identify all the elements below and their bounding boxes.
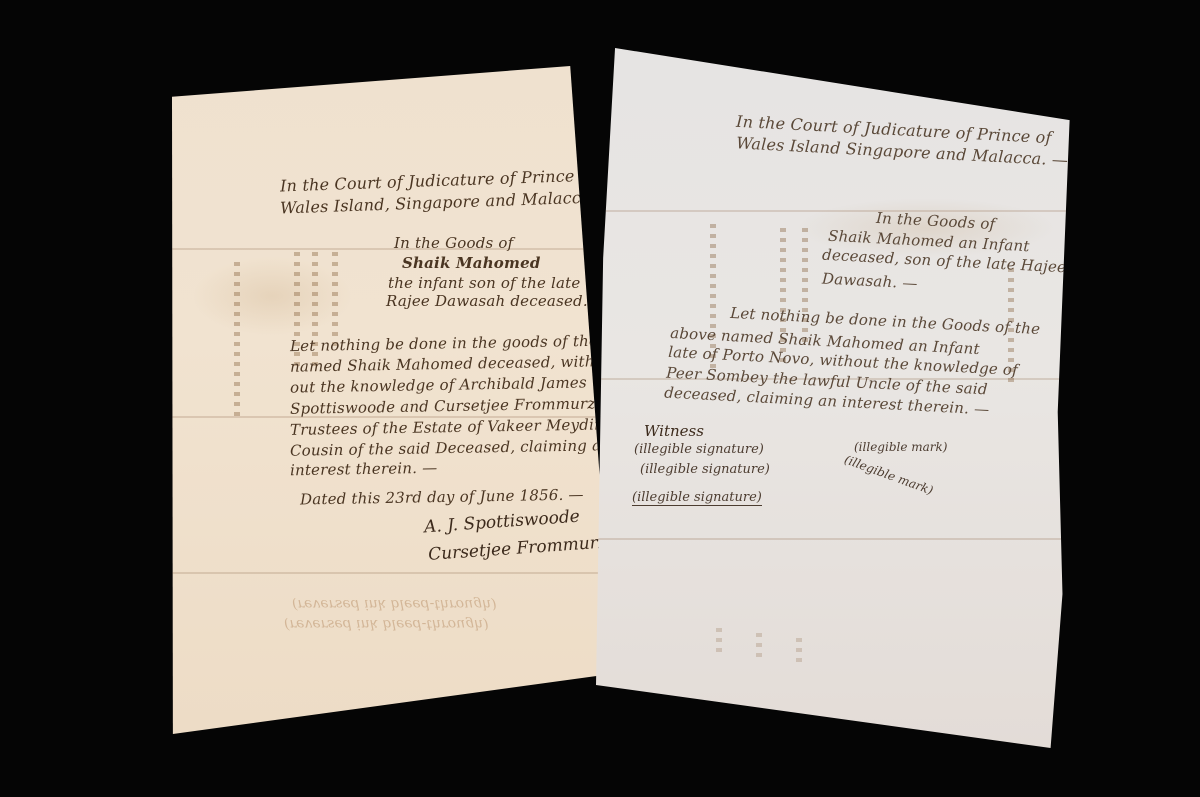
- signature: Cursetjee Frommurzee: [428, 531, 612, 565]
- fold-line: [172, 572, 612, 574]
- body-line: named Shaik Mahomed deceased, with-: [290, 352, 600, 375]
- left-document: In the Court of Judicature of Prince of …: [172, 66, 612, 734]
- witness-signature: (illegible signature): [632, 490, 762, 506]
- fold-line: [596, 538, 1072, 540]
- bleed-through-text: (reversed ink bleed-through): [292, 596, 497, 612]
- matter-line: Rajee Dawasah deceased.: [386, 292, 588, 310]
- mark: (illegible mark): [842, 452, 935, 497]
- bleed-through-mark: [796, 638, 802, 668]
- date-line: Dated this 23rd day of June 1856. —: [300, 486, 584, 509]
- signature: A. J. Spottiswoode: [423, 507, 580, 538]
- bleed-through-column: [234, 262, 240, 422]
- body-line: interest therein. —: [290, 459, 438, 480]
- body-line: Spottiswoode and Cursetjee Frommurzee: [290, 394, 612, 418]
- matter-line: Shaik Mahomed: [402, 254, 541, 272]
- matter-line: Dawasah. —: [822, 270, 918, 293]
- right-document: In the Court of Judicature of Prince of …: [596, 48, 1072, 748]
- fold-line: [172, 248, 612, 250]
- body-line: Let nothing be done in the goods of the …: [290, 331, 612, 355]
- matter-line: In the Goods of: [394, 234, 513, 252]
- bleed-through-mark: [716, 628, 722, 658]
- body-line: out the knowledge of Archibald James: [290, 373, 587, 396]
- body-line: Trustees of the Estate of Vakeer Meydin,…: [290, 415, 612, 439]
- matter-line: the infant son of the late: [388, 274, 580, 292]
- witness-signature: (illegible signature): [640, 462, 770, 477]
- mark: (illegible mark): [854, 440, 947, 454]
- bleed-through-text: (reversed ink bleed-through): [284, 616, 489, 632]
- stain: [192, 256, 352, 336]
- body-line: Cousin of the said Deceased, claiming an: [290, 436, 611, 460]
- bleed-through-mark: [756, 633, 762, 663]
- witness-label: Witness: [644, 422, 704, 440]
- witness-signature: (illegible signature): [634, 442, 764, 457]
